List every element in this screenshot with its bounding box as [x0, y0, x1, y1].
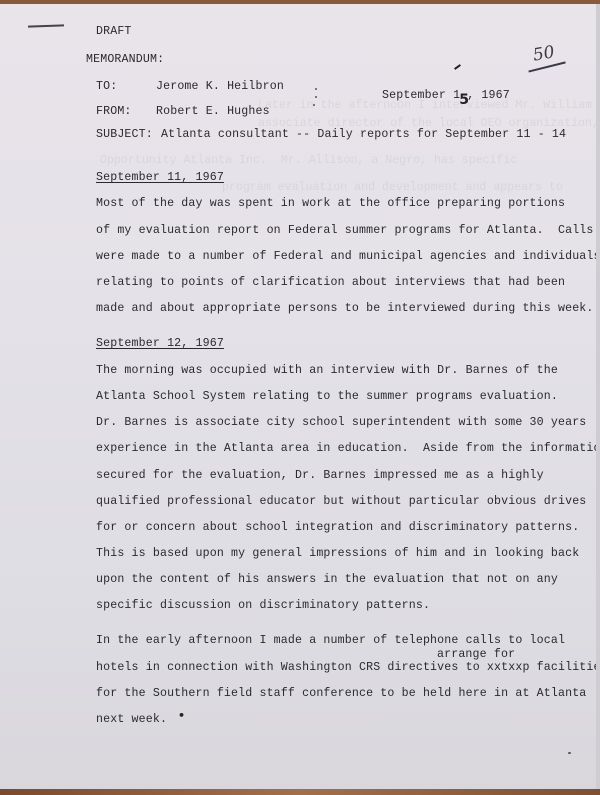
speck [315, 88, 317, 90]
date-prefix: September 1 [382, 89, 460, 102]
handtyped-insertion: arrange for [437, 648, 515, 662]
body-line: hotels in connection with Washington CRS… [96, 661, 600, 675]
memorandum-label: MEMORANDUM: [86, 53, 164, 67]
pen-tick-mark [454, 64, 461, 70]
body-line: This is based upon my general impression… [96, 547, 579, 561]
body-line: relating to points of clarification abou… [96, 276, 565, 290]
body-line: Atlanta School System relating to the su… [96, 390, 558, 404]
body-line: made and about appropriate persons to be… [96, 302, 594, 316]
body-line: of my evaluation report on Federal summe… [96, 224, 594, 238]
body-line: secured for the evaluation, Dr. Barnes i… [96, 469, 544, 483]
body-line: qualified professional educator but with… [96, 495, 586, 509]
section-heading: September 12, 1967 [96, 337, 224, 351]
pen-dash-mark [28, 24, 64, 27]
body-line: Dr. Barnes is associate city school supe… [96, 416, 586, 430]
subject-value: Atlanta consultant -- Daily reports for … [161, 128, 566, 142]
body-line: for the Southern field staff conference … [96, 687, 586, 701]
body-line: next week. [96, 713, 167, 727]
date-suffix: , 1967 [467, 89, 510, 102]
body-line: In the early afternoon I made a number o… [96, 634, 565, 648]
to-value: Jerome K. Heilbron [156, 80, 284, 94]
page-edge [596, 4, 600, 789]
draft-label: DRAFT [96, 25, 132, 39]
to-label: TO: [96, 80, 117, 94]
from-value: Robert E. Hughes [156, 105, 270, 119]
body-line: upon the content of his answers in the e… [96, 573, 558, 587]
memo-date: September 15, 1967 [382, 85, 510, 103]
subject-label: SUBJECT: [96, 128, 153, 142]
speck [568, 752, 571, 754]
body-line: Most of the day was spent in work at the… [96, 197, 565, 211]
handwritten-page-number: 50 [531, 42, 556, 65]
from-label: FROM: [96, 105, 132, 119]
bleed-through-line: Opportunity Atlanta Inc. Mr. Allison, a … [100, 154, 517, 168]
body-line: experience in the Atlanta area in educat… [96, 442, 600, 456]
body-line: were made to a number of Federal and mun… [96, 250, 600, 264]
body-line: for or concern about school integration … [96, 521, 579, 535]
section-heading: September 11, 1967 [96, 171, 224, 185]
body-line: specific discussion on discriminatory pa… [96, 599, 430, 613]
memo-page: Later in the afternoon I interviewed Mr.… [0, 4, 596, 789]
speck [315, 96, 317, 98]
speck [313, 104, 315, 106]
ink-mark: • [178, 709, 185, 722]
bleed-through-line: program evaluation and development and a… [222, 181, 563, 195]
desk-surface [0, 789, 600, 795]
body-line: The morning was occupied with an intervi… [96, 364, 558, 378]
